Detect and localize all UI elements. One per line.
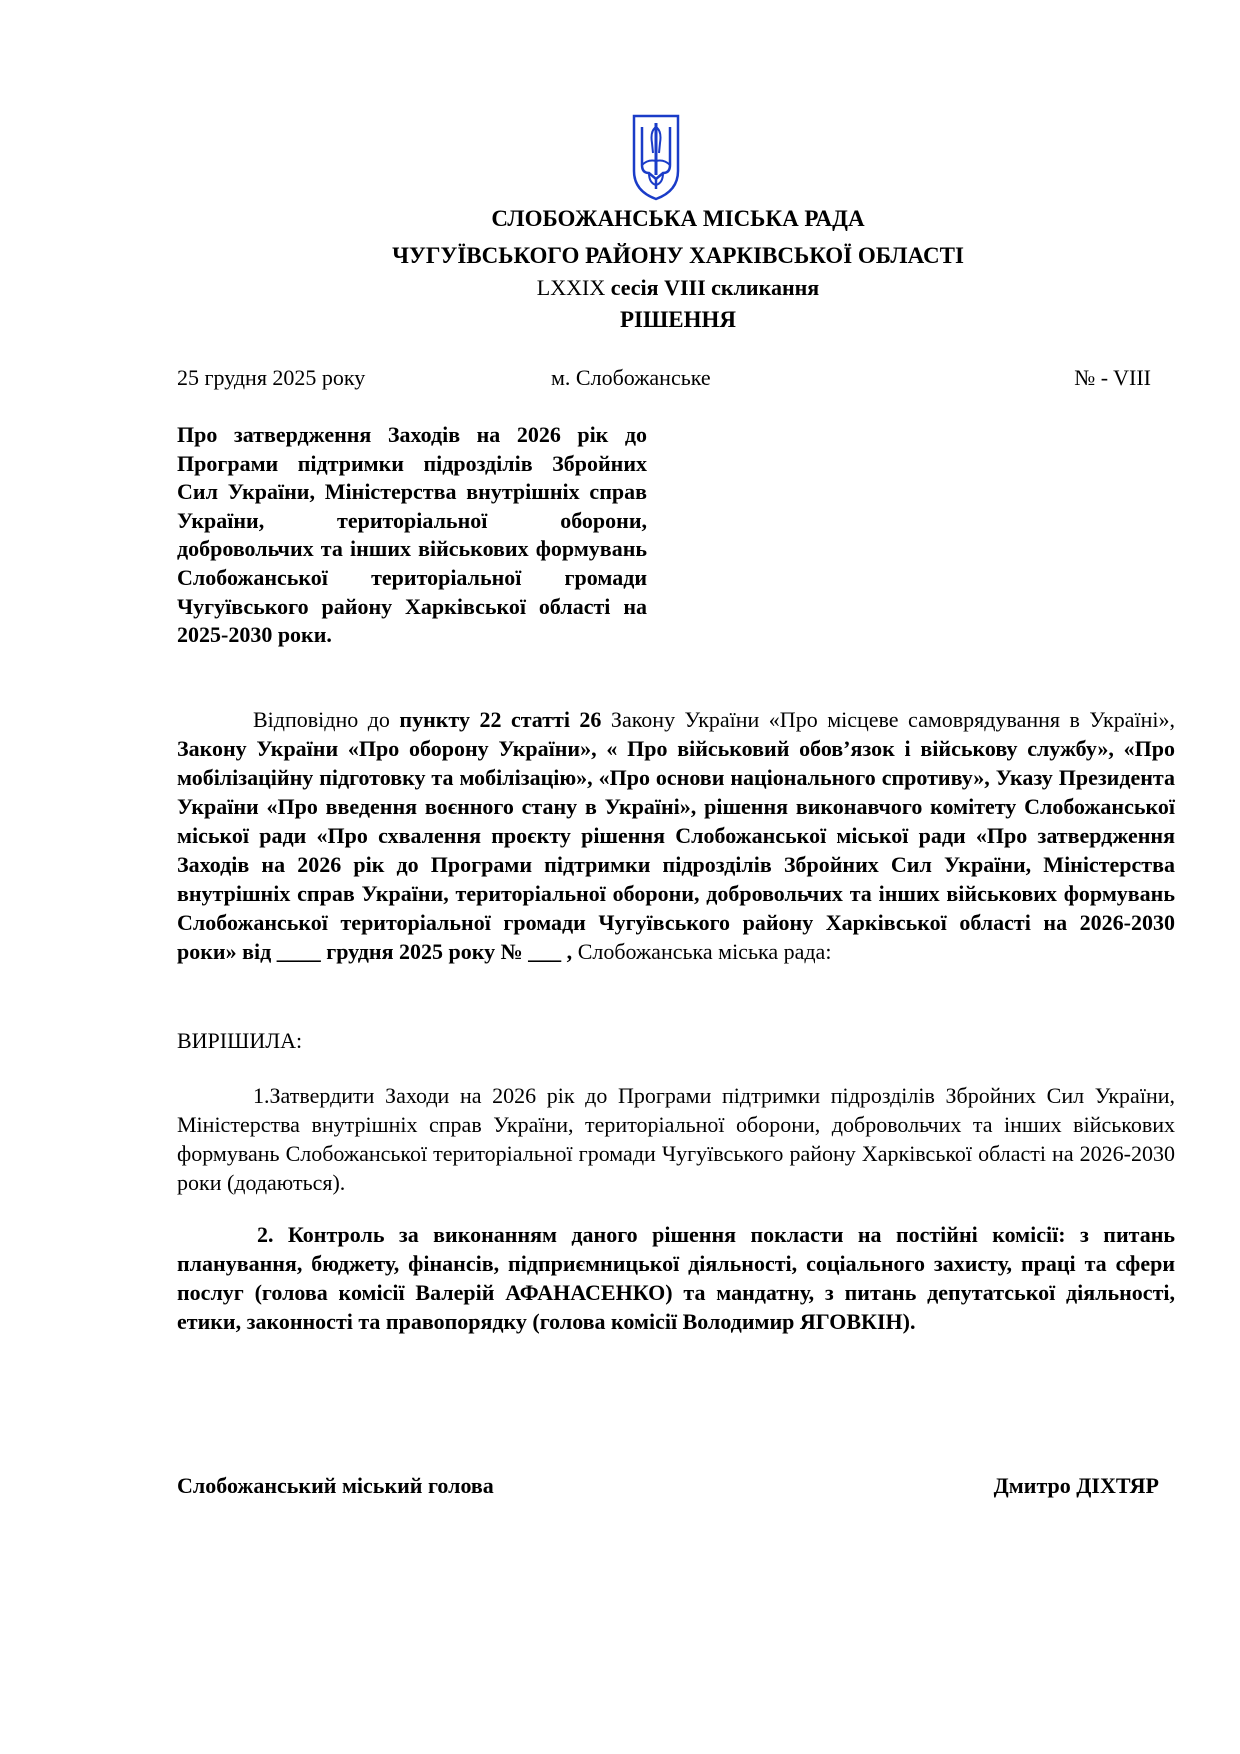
preamble-part-2: пункту 22 статті 26 [399, 707, 601, 732]
preamble-part-4: Закону України «Про оборону України», « … [177, 736, 1175, 964]
council-name: СЛОБОЖАНСЬКА МІСЬКА РАДА [58, 206, 1240, 232]
session-line: LXXIX сесія VIII скликання [58, 275, 1240, 301]
preamble-paragraph: Відповідно до пункту 22 статті 26 Закону… [177, 705, 1175, 966]
document-type: РІШЕННЯ [58, 307, 1240, 333]
signatory-name: Дмитро ДІХТЯР [994, 1473, 1159, 1499]
document-number: № - VIII [1074, 365, 1151, 391]
decision-item-1: 1.Затвердити Заходи на 2026 рік до Прогр… [177, 1081, 1175, 1197]
preamble-part-1: Відповідно до [253, 707, 399, 732]
coat-of-arms-icon [631, 113, 681, 201]
document-page: СЛОБОЖАНСЬКА МІСЬКА РАДА ЧУГУЇВСЬКОГО РА… [0, 0, 1240, 1754]
document-date: 25 грудня 2025 року [177, 365, 365, 391]
document-meta: 25 грудня 2025 року м. Слобожанське № - … [177, 365, 1151, 395]
signature-block: Слобожанський міський голова Дмитро ДІХТ… [177, 1473, 1177, 1503]
district-name: ЧУГУЇВСЬКОГО РАЙОНУ ХАРКІВСЬКОЇ ОБЛАСТІ [58, 243, 1240, 269]
signatory-role: Слобожанський міський голова [177, 1473, 494, 1499]
decision-title: Про затвердження Заходів на 2026 рік до … [177, 421, 647, 650]
resolved-label: ВИРІШИЛА: [177, 1028, 302, 1054]
preamble-part-5: Слобожанська міська рада: [572, 939, 831, 964]
session-number: LXXIX [537, 275, 605, 300]
preamble-part-3: Закону України «Про місцеве самоврядуван… [601, 707, 1175, 732]
document-place: м. Слобожанське [551, 365, 711, 391]
decision-item-2: 2. Контроль за виконанням даного рішення… [177, 1220, 1175, 1336]
session-text: сесія VIII скликання [611, 275, 819, 300]
